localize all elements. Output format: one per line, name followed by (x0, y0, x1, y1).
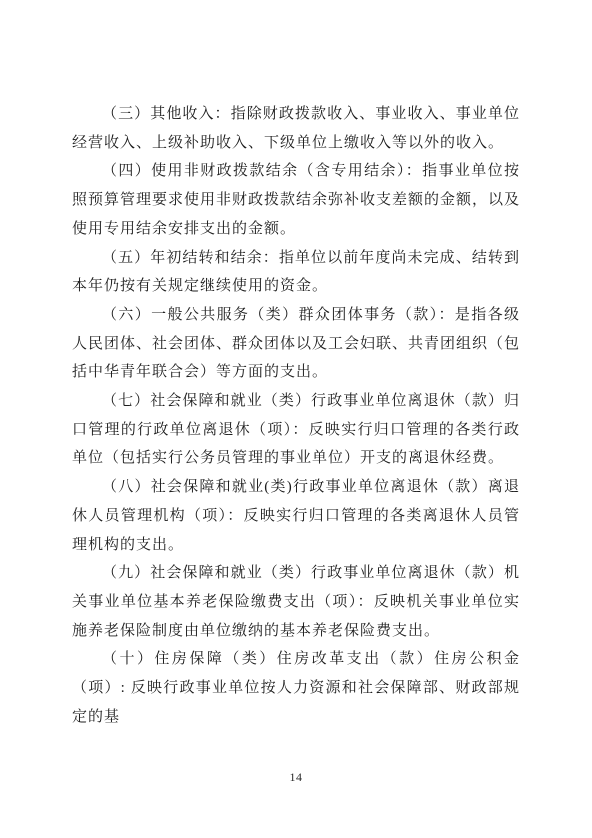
paragraph-item-7-retirement-admin: （七）社会保障和就业（类）行政事业单位离退休（款）归口管理的行政单位离退休（项）… (72, 387, 520, 473)
document-page: （三）其他收入：指除财政拨款收入、事业收入、事业单位经营收入、上级补助收入、下级… (0, 0, 592, 838)
paragraph-item-4-non-fiscal-surplus: （四）使用非财政拨款结余（含专用结余）：指事业单位按照预算管理要求使用非财政拨款… (72, 157, 520, 243)
paragraph-item-8-retirement-org: （八）社会保障和就业(类)行政事业单位离退休（款）离退休人员管理机构（项）：反映… (72, 473, 520, 559)
paragraph-item-5-carryover: （五）年初结转和结余：指单位以前年度尚未完成、结转到本年仍按有关规定继续使用的资… (72, 244, 520, 301)
paragraph-item-9-pension-contribution: （九）社会保障和就业（类）行政事业单位离退休（款）机关事业单位基本养老保险缴费支… (72, 559, 520, 645)
document-body: （三）其他收入：指除财政拨款收入、事业收入、事业单位经营收入、上级补助收入、下级… (72, 100, 520, 731)
paragraph-item-3-other-income: （三）其他收入：指除财政拨款收入、事业收入、事业单位经营收入、上级补助收入、下级… (72, 100, 520, 157)
paragraph-item-10-housing-fund: （十）住房保障（类）住房改革支出（款）住房公积金（项）: 反映行政事业单位按人力… (72, 645, 520, 731)
paragraph-item-6-public-service: （六）一般公共服务（类）群众团体事务（款）：是指各级人民团体、社会团体、群众团体… (72, 301, 520, 387)
page-number: 14 (0, 770, 592, 785)
